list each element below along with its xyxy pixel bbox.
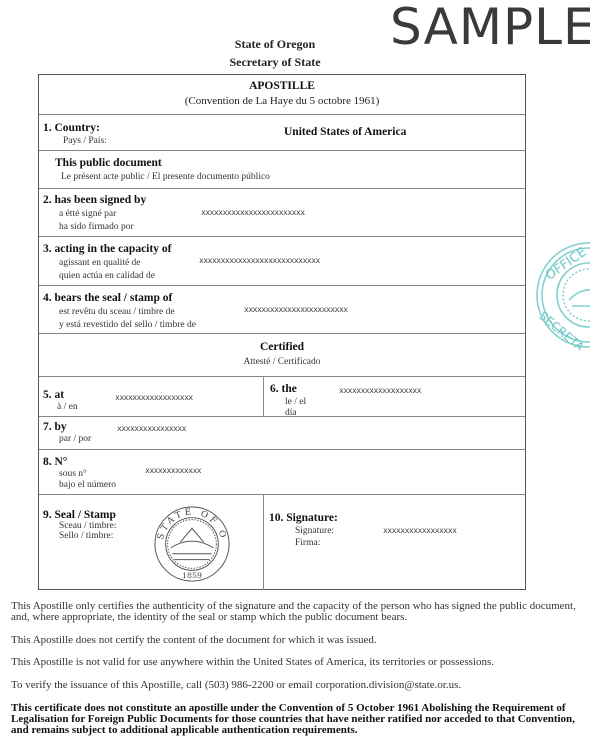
seal-stamp-sublabel-es: Sello / timbre: [59, 530, 113, 542]
footer-paragraph-3: This Apostille is not valid for use anyw… [11, 657, 581, 668]
at-label: 5. at [43, 389, 64, 401]
seal-of-value: xxxxxxxxxxxxxxxxxxxxxxxx [244, 305, 348, 314]
seal-of-sublabel-es: y está revestido del sello / timbre de [59, 319, 196, 331]
the-sublabel-2: día [285, 407, 297, 419]
certified-sublabel: Attesté / Certificado [39, 356, 525, 368]
header-secretary: Secretary of State [0, 55, 550, 70]
apostille-title: APOSTILLE [39, 80, 525, 92]
by-sublabel: par / por [59, 433, 91, 445]
by-value: xxxxxxxxxxxxxxxx [117, 424, 186, 433]
number-label: 8. N° [43, 456, 67, 468]
signed-by-sublabel-es: ha sido firmado por [59, 221, 134, 233]
at-sublabel: à / en [57, 401, 78, 413]
signature-sublabel-es: Firma: [295, 537, 320, 549]
footer-paragraph-4: To verify the issuance of this Apostille… [11, 680, 581, 691]
signed-by-value: xxxxxxxxxxxxxxxxxxxxxxxx [201, 208, 305, 217]
public-document-label: This public document [55, 157, 162, 169]
country-label: 1. Country: [43, 122, 100, 134]
country-value: United States of America [284, 126, 406, 138]
signed-by-label: 2. has been signed by [43, 194, 146, 206]
secretary-stamp-icon: OFFICE SECRETA [534, 240, 590, 350]
capacity-sublabel-es: quien actúa en calidad de [59, 270, 155, 282]
capacity-value: xxxxxxxxxxxxxxxxxxxxxxxxxxxx [199, 256, 320, 265]
svg-text:SECRETA: SECRETA [536, 309, 587, 350]
number-value: xxxxxxxxxxxxx [145, 466, 201, 475]
signature-label: 10. Signature: [269, 512, 338, 524]
signature-sublabel-fr: Signature: [295, 525, 334, 537]
by-label: 7. by [43, 421, 67, 433]
seal-of-label: 4. bears the seal / stamp of [43, 292, 172, 304]
certified-label: Certified [39, 341, 525, 353]
seal-of-sublabel-fr: est revêtu du sceau / timbre de [59, 306, 175, 318]
footer-paragraph-1: This Apostille only certifies the authen… [11, 601, 581, 623]
apostille-subtitle: (Convention de La Haye du 5 octobre 1961… [39, 95, 525, 107]
footer-paragraph-2: This Apostille does not certify the cont… [11, 635, 581, 646]
the-label: 6. the [270, 383, 297, 395]
signed-by-sublabel-fr: a étté signé par [59, 208, 116, 220]
capacity-label: 3. acting in the capacity of [43, 243, 171, 255]
number-sublabel-es: bajo el número [59, 479, 116, 491]
svg-text:1859: 1859 [182, 571, 202, 580]
header-state: State of Oregon [0, 37, 550, 52]
at-value: xxxxxxxxxxxxxxxxxx [115, 393, 193, 402]
capacity-sublabel-fr: agissant en qualité de [59, 257, 141, 269]
apostille-form: APOSTILLE (Convention de La Haye du 5 oc… [38, 74, 526, 590]
oregon-seal-icon: STATE OF OREGON 1859 [153, 505, 231, 583]
the-value: xxxxxxxxxxxxxxxxxxx [339, 386, 421, 395]
country-sublabel: Pays / País: [63, 135, 107, 147]
signature-value: xxxxxxxxxxxxxxxxx [383, 526, 456, 535]
public-document-sublabel: Le présent acte public / El presente doc… [61, 171, 270, 183]
footer-disclaimer: This certificate does not constitute an … [11, 703, 581, 736]
